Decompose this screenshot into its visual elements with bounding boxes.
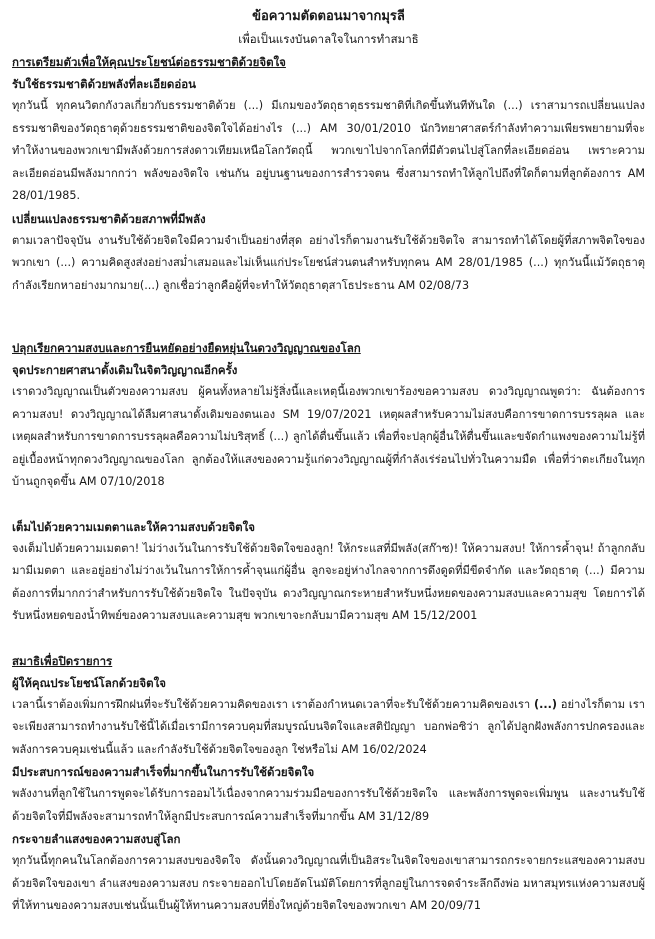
ellipsis-bold: (...) xyxy=(534,698,557,711)
paragraph-text: เวลานี้เราต้องเพิ่มการฝึกฝนที่จะรับใช้ด้… xyxy=(12,698,534,711)
paragraph: ตามเวลาปัจจุบัน งานรับใช้ด้วยจิตใจมีความ… xyxy=(12,230,645,298)
section-heading: การเตรียมตัวเพื่อให้คุณประโยชน์ต่อธรรมชา… xyxy=(12,51,645,73)
spacer xyxy=(12,494,645,516)
subsection-heading: กระจายลำแสงของความสงบสู่โลก xyxy=(12,828,645,850)
document-title: ข้อความตัดตอนมาจากมุรลี xyxy=(12,6,645,28)
section-preparation: การเตรียมตัวเพื่อให้คุณประโยชน์ต่อธรรมชา… xyxy=(12,51,645,297)
section-heading: สมาธิเพื่อปิดรายการ xyxy=(12,650,645,672)
paragraph: พลังงานที่ลูกใช้ในการพูดจะได้รับการออมไว… xyxy=(12,783,645,828)
section-closing-meditation: สมาธิเพื่อปิดรายการ ผู้ให้คุณประโยชน์โลก… xyxy=(12,650,645,918)
subsection-heading: เปลี่ยนแปลงธรรมชาติด้วยสภาพที่มีพลัง xyxy=(12,208,645,230)
section-heading: ปลุกเรียกความสงบและการยืนหยัดอย่างยืดหยุ… xyxy=(12,337,645,359)
spacer xyxy=(12,297,645,319)
spacer xyxy=(12,319,645,337)
spacer xyxy=(12,628,645,650)
paragraph: เวลานี้เราต้องเพิ่มการฝึกฝนที่จะรับใช้ด้… xyxy=(12,694,645,762)
subsection-heading: เต็มไปด้วยความเมตตาและให้ความสงบด้วยจิตใ… xyxy=(12,516,645,538)
paragraph: จงเต็มไปด้วยความเมตตา! ไม่ว่างเว้นในการร… xyxy=(12,538,645,628)
subsection-heading: ผู้ให้คุณประโยชน์โลกด้วยจิตใจ xyxy=(12,672,645,694)
document-page: ข้อความตัดตอนมาจากมุรลี เพื่อเป็นแรงบันด… xyxy=(0,0,655,918)
document-subtitle: เพื่อเป็นแรงบันดาลใจในการทำสมาธิ xyxy=(12,28,645,50)
paragraph: ทุกวันนี้ ทุกคนวิตกกังวลเกี่ยวกับธรรมชาต… xyxy=(12,95,645,208)
paragraph: ทุกวันนี้ทุกคนในโลกต้องการความสงบของจิตใ… xyxy=(12,850,645,918)
section-awaken-peace: ปลุกเรียกความสงบและการยืนหยัดอย่างยืดหยุ… xyxy=(12,337,645,628)
subsection-heading: มีประสบการณ์ของความสำเร็จที่มากขึ้นในการ… xyxy=(12,761,645,783)
paragraph: เราดวงวิญญาณเป็นตัวของความสงบ ผู้คนทั้งห… xyxy=(12,381,645,494)
subsection-heading: จุดประกายศาสนาดั้งเดิมในจิตวิญญาณอีกครั้… xyxy=(12,359,645,381)
subsection-heading: รับใช้ธรรมชาติด้วยพลังที่ละเอียดอ่อน xyxy=(12,73,645,95)
